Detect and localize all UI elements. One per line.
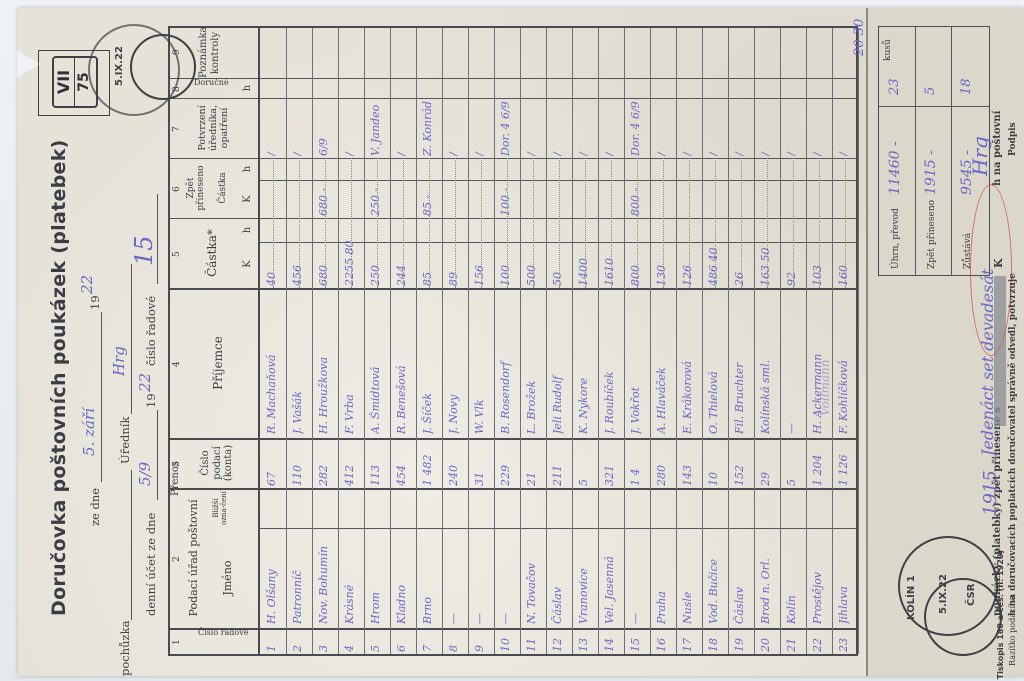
recipient-name: R. Machaňová — [265, 290, 278, 434]
ledger-table: 1 Číslo řadové 2 Podací úřad poštovní Jm… — [168, 26, 858, 656]
amount: 800 — [629, 220, 642, 286]
returned-amount: 250 - — [369, 160, 382, 216]
confirmation-note: / — [577, 100, 590, 156]
recipient-name: B. Rosendorf — [499, 290, 512, 434]
submission-number: 21 — [525, 440, 538, 486]
amount: 2255 80 — [343, 220, 356, 286]
row-number: 1 — [265, 628, 278, 652]
amount: 103 — [811, 220, 824, 286]
row-number: 2 — [291, 628, 304, 652]
submission-number: 67 — [265, 440, 278, 486]
daily-account-value: 5/9 — [136, 462, 154, 486]
table-row: 9—31W. Vlk156/ — [468, 28, 494, 654]
clerk-line — [131, 264, 132, 414]
office-name: — — [447, 530, 460, 624]
table-row: 22Prostějov1 204H. Ackermann103/ — [806, 28, 832, 654]
table-header: 1 Číslo řadové 2 Podací úřad poštovní Jm… — [170, 28, 260, 654]
office-name: Patronníč — [291, 530, 304, 624]
recipient-name: Jeli Rudolf — [551, 290, 564, 434]
amount: 163 50 — [759, 220, 772, 286]
office-name: Prostějov — [811, 530, 824, 624]
office-name: Kolín — [785, 530, 798, 624]
table-row: 16Praha280A. Hlaváček130/ — [650, 28, 676, 654]
recipient-name: H. Hroužkova — [317, 290, 330, 434]
ledger-sheet: Doručovka poštovních poukázek (platebek)… — [18, 8, 1024, 676]
office-name: Nusle — [681, 530, 694, 624]
returned-value: 1915 - — [923, 150, 939, 195]
round-line — [131, 470, 132, 620]
recipient-name: A. Šmidtová — [369, 290, 382, 434]
submission-number: 321 — [603, 440, 616, 486]
submission-number: 110 — [291, 440, 304, 486]
confirmation-note: / — [811, 100, 824, 156]
submission-number: 5 — [785, 440, 798, 486]
confirmation-note: Dor. 4 6/9 — [629, 100, 642, 156]
office-name: N. Tovačov — [525, 530, 538, 624]
confirmation-note: / — [473, 100, 486, 156]
recipient-name: R. Benešová — [395, 290, 408, 434]
table-row: 6Kladno454R. Benešová244/ — [390, 28, 416, 654]
amount: 156 — [473, 220, 486, 286]
amount: 250 — [369, 220, 382, 286]
office-name: Kladno — [395, 530, 408, 624]
submission-number: 152 — [733, 440, 746, 486]
row-number: 16 — [655, 628, 668, 652]
signature-label: Podpis — [1008, 122, 1018, 156]
amount: 130 — [655, 220, 668, 286]
submission-number: 29 — [759, 440, 772, 486]
office-name: Vel. Jasenná — [603, 530, 616, 624]
kolin-postmark-ring — [924, 578, 1002, 656]
recipient-name: F. Kohlíčková — [837, 290, 850, 434]
daily-year-value: 22 — [136, 373, 154, 392]
submission-number: 280 — [655, 440, 668, 486]
table-row: 2Patronníč110J. Vašák456/ — [286, 28, 312, 654]
recipient-name: Kolínská sml. — [759, 290, 772, 434]
table-row: 10—229B. Rosendorf100100 -Dor. 4 6/9 — [494, 28, 520, 654]
amount: 1610 — [603, 220, 616, 286]
pieces-returned: 5 — [923, 87, 938, 95]
row-number: 13 — [577, 628, 590, 652]
returned-amount: 100 - — [499, 160, 512, 216]
office-name: Brno — [421, 530, 434, 624]
sequence-label: číslo řadové — [144, 296, 158, 366]
recipient-name: K. Nykore — [577, 290, 590, 434]
submission-number: 1 204 — [811, 440, 824, 486]
paper-notch — [17, 50, 39, 78]
confirmation-note: Z. Konrád — [421, 100, 434, 156]
confirmation-note: / — [707, 100, 720, 156]
recipient-name: J. Vašák — [291, 290, 304, 434]
col2-header: 2 Podací úřad poštovní Jméno Bližší ozna… — [170, 488, 258, 628]
office-name: — — [473, 530, 486, 624]
round-label: pochůzka — [118, 621, 132, 676]
daily-account-line — [157, 410, 158, 500]
submission-number: 5 — [577, 440, 590, 486]
confirmation-note: / — [343, 100, 356, 156]
fees-value: 20 30 — [852, 19, 867, 56]
amount: 1400 — [577, 220, 590, 286]
date-value: 5. září — [80, 408, 98, 456]
submission-number: 412 — [343, 440, 356, 486]
col1-header: 1 Číslo řadové — [170, 628, 258, 654]
row-number: 3 — [317, 628, 330, 652]
table-row: 11N. Tovačov21L. Brožek500/ — [520, 28, 546, 654]
returned-amount: 85 - — [421, 160, 434, 216]
row-number: 20 — [759, 628, 772, 652]
daily-year-prefix: 19 — [144, 393, 158, 408]
total-value: 11460 - — [887, 141, 903, 195]
confirmation-note: / — [603, 100, 616, 156]
recipient-name: J. Novy — [447, 290, 460, 434]
returned-amount: 800 - — [629, 160, 642, 216]
confirmation-note: Dor. 4 6/9 — [499, 100, 512, 156]
office-name: — — [499, 530, 512, 624]
recipient-name: W. Vlk — [473, 290, 486, 434]
row-number: 14 — [603, 628, 616, 652]
table-body: 1H. Olšany67R. Machaňová40/2Patronníč110… — [260, 28, 856, 654]
row-number: 23 — [837, 628, 850, 652]
year-value: 22 — [78, 275, 96, 294]
table-row: 19Čáslav152Fil. Bruchter26/ — [728, 28, 754, 654]
table-row: 15—1 4J. Vokřot800800 -Dor. 4 6/9 — [624, 28, 650, 654]
recipient-name: J. Roubíček — [603, 290, 616, 434]
row-number: 9 — [473, 628, 486, 652]
amount: 85 — [421, 220, 434, 286]
submission-number: 1 482 — [421, 440, 434, 486]
row-number: 21 — [785, 628, 798, 652]
amount: 680 — [317, 220, 330, 286]
office-name: Vranovice — [577, 530, 590, 624]
table-row: 3Nov. Bohumín282H. Hroužkova680680 -6/9 — [312, 28, 338, 654]
table-row: 18Vod. Bučice10O. Thielová486 40/ — [702, 28, 728, 654]
col7-header: 7 Potvrzení úředníka, opatření — [170, 98, 258, 158]
office-name: Brod n. Orl. — [759, 530, 772, 624]
clerk-value: Hrg — [110, 346, 128, 376]
row-number: 19 — [733, 628, 746, 652]
signature-value: Hrg — [968, 136, 992, 176]
confirmation-note: / — [785, 100, 798, 156]
amount: 126 — [681, 220, 694, 286]
confirmation-note: / — [733, 100, 746, 156]
col5-header: 5 Částka* K h — [170, 218, 258, 288]
table-row: 23Jihlava1 126F. Kohlíčková160/ — [832, 28, 858, 654]
row-number: 12 — [551, 628, 564, 652]
confirmation-note: / — [265, 100, 278, 156]
submission-number: 229 — [499, 440, 512, 486]
confirmation-note: / — [655, 100, 668, 156]
col6-header: 6 Zpět přineseno Částka K h — [170, 158, 258, 218]
cert-amount: 1915 — [980, 470, 1001, 516]
submission-number: 454 — [395, 440, 408, 486]
pieces-total: 23 — [887, 78, 902, 95]
postmark-date: 5.IX.22 — [114, 46, 125, 86]
amount: 89 — [447, 220, 460, 286]
clerk-label: Úředník — [118, 417, 132, 464]
table-row: 20Brod n. Orl.29Kolínská sml.163 50/ — [754, 28, 780, 654]
amount: 40 — [265, 220, 278, 286]
table-row: 12Čáslav211Jeli Rudolf50/ — [546, 28, 572, 654]
office-name: — — [629, 530, 642, 624]
recipient-name: J. Vokřot — [629, 290, 642, 434]
table-row: 21Kolín5—92/ — [780, 28, 806, 654]
office-name: Hrom — [369, 530, 382, 624]
recipient-name: O. Thielová — [707, 290, 720, 434]
submission-number: 143 — [681, 440, 694, 486]
submission-number: 1 126 — [837, 440, 850, 486]
amount: 244 — [395, 220, 408, 286]
confirmation-note: / — [837, 100, 850, 156]
submission-number: 211 — [551, 440, 564, 486]
sequence-value: 15 — [130, 235, 158, 266]
row-number: 22 — [811, 628, 824, 652]
row-number: 10 — [499, 628, 512, 652]
confirmation-note: V. Jandeo — [369, 100, 382, 156]
confirmation-note: / — [681, 100, 694, 156]
recipient-name: F. Vrba — [343, 290, 356, 434]
postmark-inner-circle — [130, 34, 196, 100]
red-pencil-mark — [970, 184, 1012, 356]
table-row: 7Brno1 482J. Šíček8585 -Z. Konrád — [416, 28, 442, 654]
amount: 456 — [291, 220, 304, 286]
office-name: Nov. Bohumín — [317, 530, 330, 624]
footer-note: Vollmann — [818, 360, 832, 416]
table-row: 13Vranovice5K. Nykore1400/ — [572, 28, 598, 654]
recipient-name: Fil. Bruchter — [733, 290, 746, 434]
submission-number: 31 — [473, 440, 486, 486]
amount: 500 — [525, 220, 538, 286]
table-row: 1H. Olšany67R. Machaňová40/ — [260, 28, 286, 654]
date-label: ze dne — [88, 488, 102, 526]
row-number: 4 — [343, 628, 356, 652]
submission-number: 113 — [369, 440, 382, 486]
cert-text-3: h na doručovacích poplatcích doručovatel… — [1008, 273, 1018, 616]
col4-header: 4 Příjemce — [170, 288, 258, 438]
row-number: 17 — [681, 628, 694, 652]
daily-account-label: denní účet ze dne — [144, 513, 158, 616]
recipient-name: E. Krákorová — [681, 290, 694, 434]
col3-header: 3 Číslo podací (konta) — [170, 438, 258, 488]
amount: 486 40 — [707, 220, 720, 286]
confirmation-note: / — [551, 100, 564, 156]
row-number: 11 — [525, 628, 538, 652]
confirmation-note: / — [291, 100, 304, 156]
confirmation-note: / — [395, 100, 408, 156]
submission-number: 10 — [707, 440, 720, 486]
confirmation-note: / — [525, 100, 538, 156]
office-name: Čáslav — [551, 530, 564, 624]
row-number: 6 — [395, 628, 408, 652]
pieces-remaining: 18 — [959, 78, 974, 95]
table-row: 4Krásné412F. Vrba2255 80/ — [338, 28, 364, 654]
postmark-label: Razítko podacího — [1008, 596, 1017, 666]
table-row: 17Nusle143E. Krákorová126/ — [676, 28, 702, 654]
recipient-name: L. Brožek — [525, 290, 538, 434]
row-number: 7 — [421, 628, 434, 652]
row-number: 5 — [369, 628, 382, 652]
amount: 26 — [733, 220, 746, 286]
amount: 160 — [837, 220, 850, 286]
table-row: 5Hrom113A. Šmidtová250250 -V. Jandeo — [364, 28, 390, 654]
office-name: Praha — [655, 530, 668, 624]
amount: 100 — [499, 220, 512, 286]
row-number: 8 — [447, 628, 460, 652]
year-prefix: 19 — [88, 295, 102, 310]
submission-number: 282 — [317, 440, 330, 486]
returned-amount: 680 - — [317, 160, 330, 216]
recipient-name: A. Hlaváček — [655, 290, 668, 434]
document-container: Doručovka poštovních poukázek (platebek)… — [18, 8, 1024, 676]
date-line — [101, 312, 102, 482]
print-footer-edge: Tiskopis 180 a čes. (II. 1920) — [996, 550, 1005, 679]
recipient-name: J. Šíček — [421, 290, 434, 434]
row-number: 15 — [629, 628, 642, 652]
amount: 50 — [551, 220, 564, 286]
office-name: Jihlava — [837, 530, 850, 624]
confirmation-note: 6/9 — [317, 100, 330, 156]
table-row: 8—240J. Novy89/ — [442, 28, 468, 654]
row-number: 18 — [707, 628, 720, 652]
confirmation-note: / — [447, 100, 460, 156]
submission-number: 1 4 — [629, 440, 642, 486]
office-name: H. Olšany — [265, 530, 278, 624]
document-title: Doručovka poštovních poukázek (platebek) — [48, 139, 70, 616]
office-name: Krásné — [343, 530, 356, 624]
office-name: Čáslav — [733, 530, 746, 624]
table-row: 14Vel. Jasenná321J. Roubíček1610/ — [598, 28, 624, 654]
office-name: Vod. Bučice — [707, 530, 720, 624]
submission-number: 240 — [447, 440, 460, 486]
amount: 92 — [785, 220, 798, 286]
recipient-name: — — [785, 290, 798, 434]
confirmation-note: / — [759, 100, 772, 156]
